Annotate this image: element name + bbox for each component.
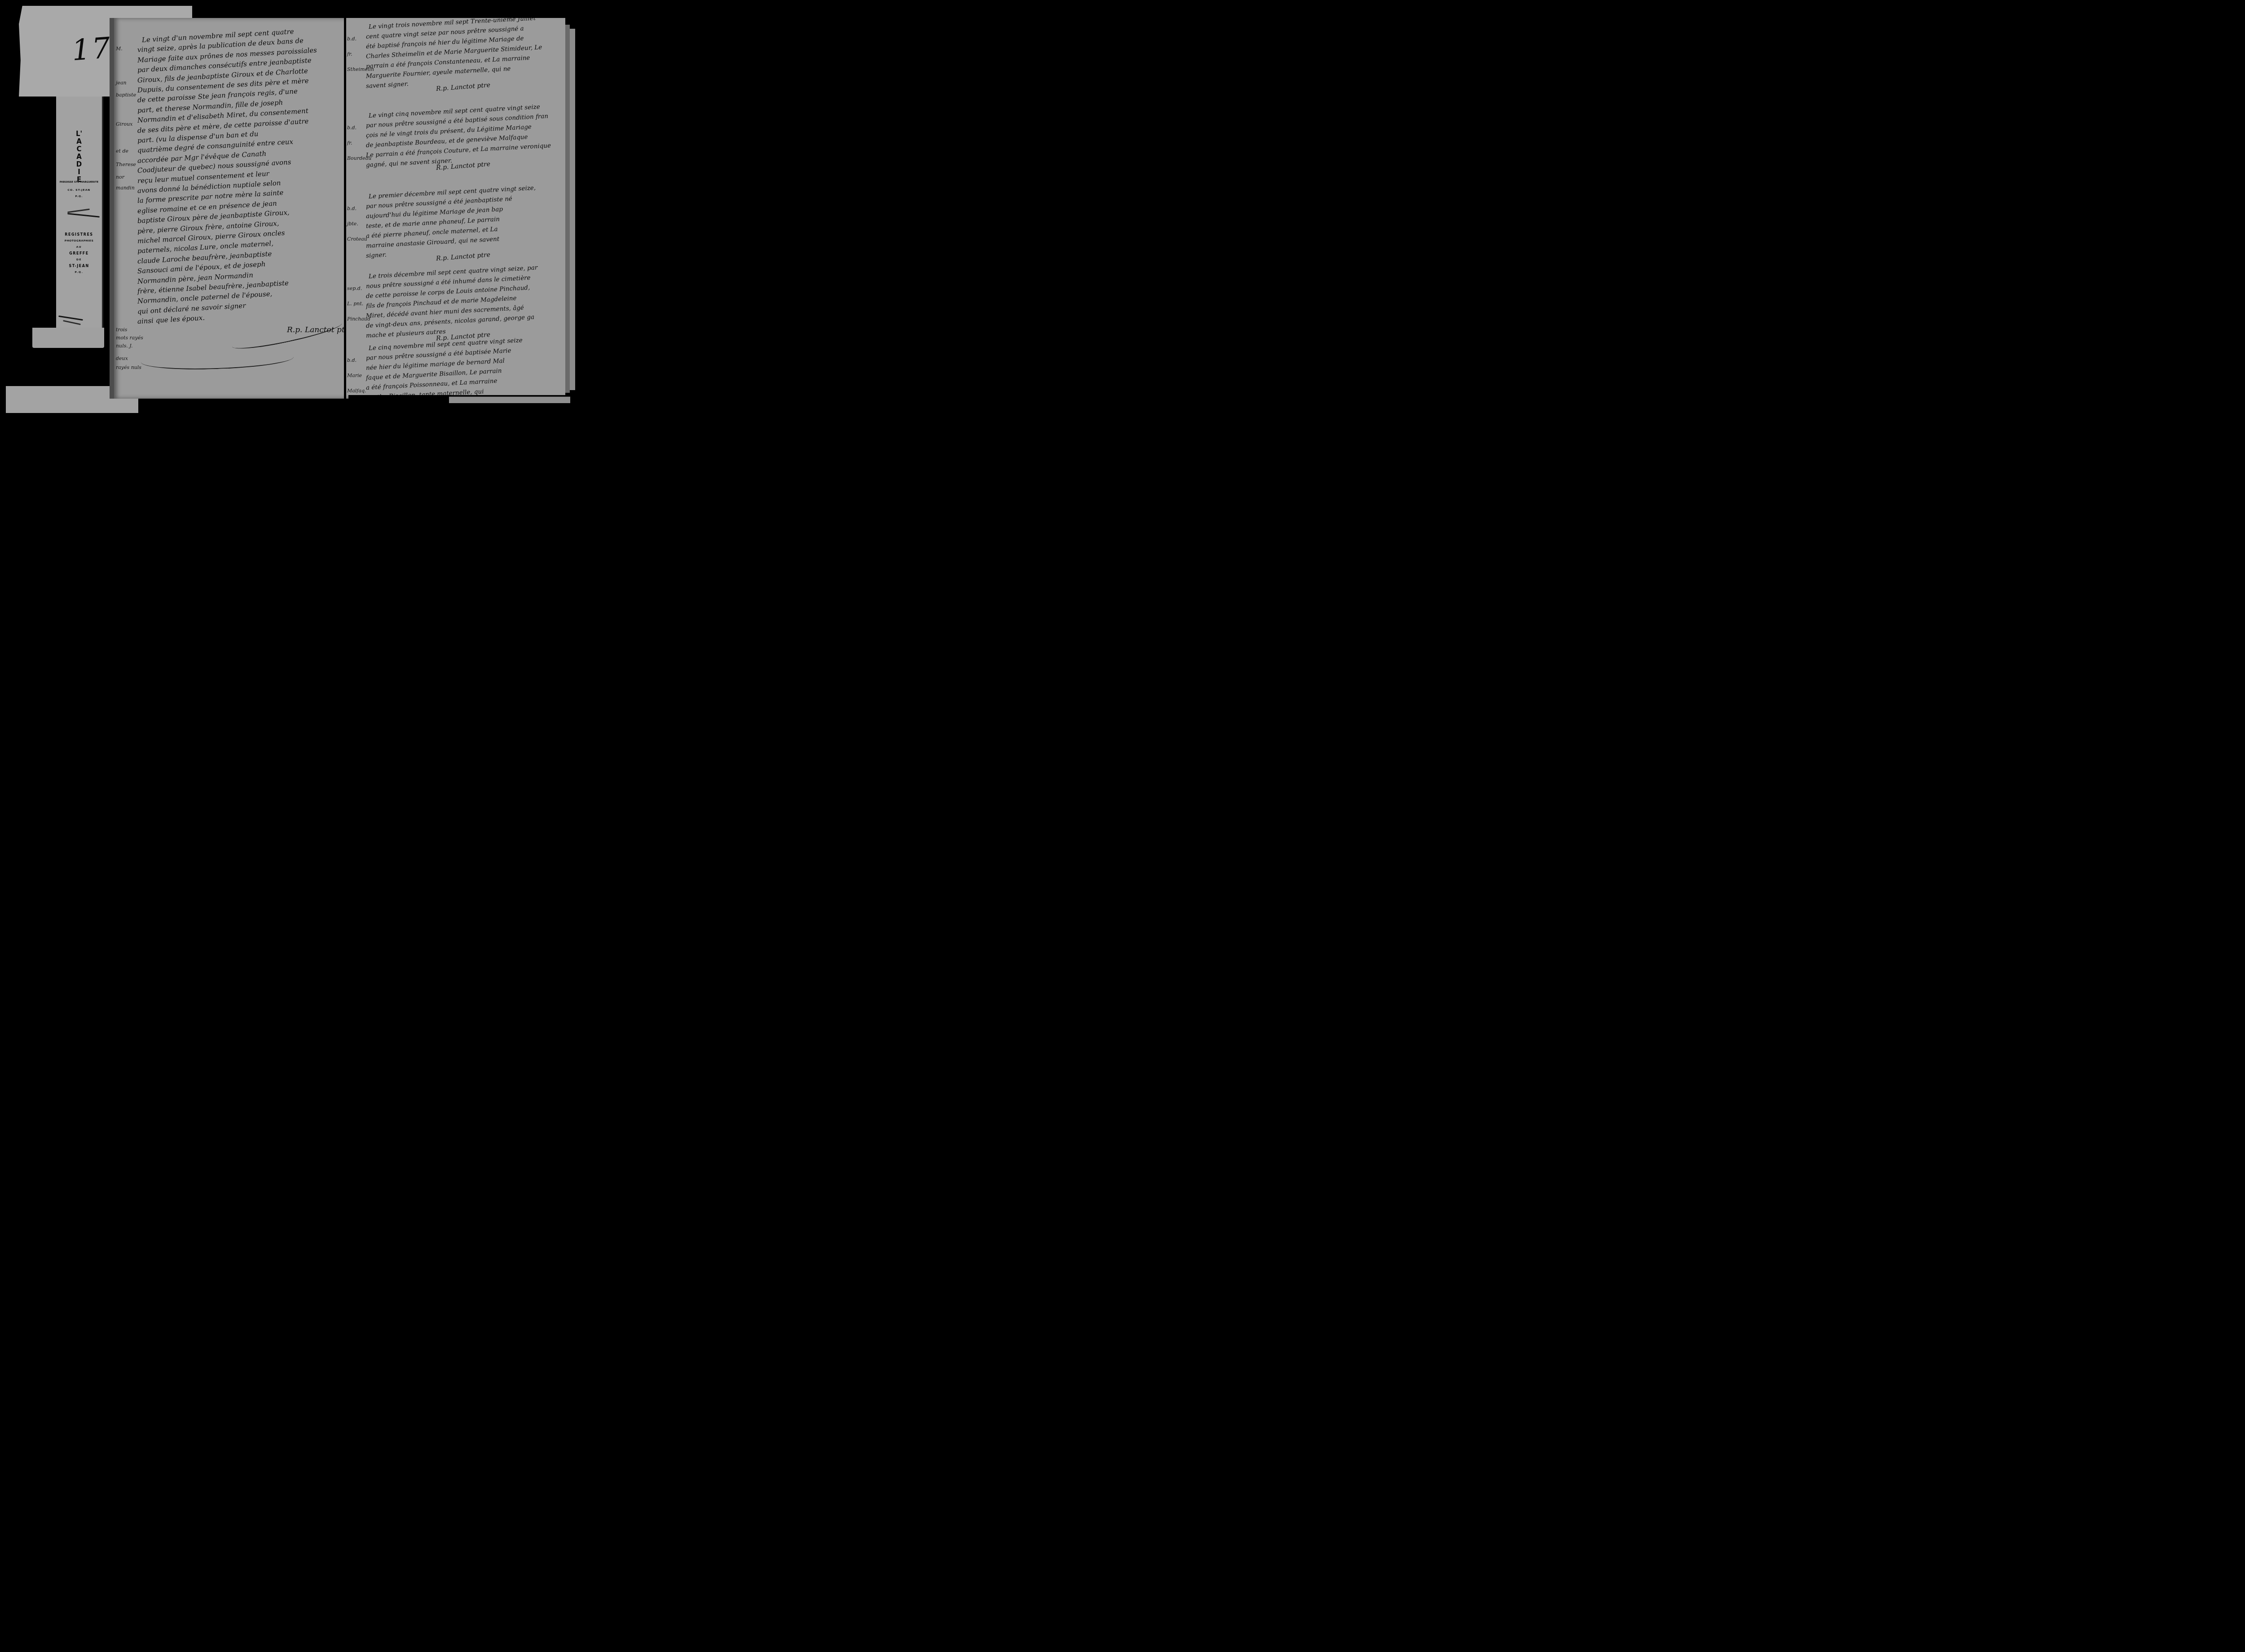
label-strip-end [32, 328, 104, 348]
margin-note: mots rayés [116, 335, 143, 341]
register-line: ainsi que les époux. [137, 314, 205, 325]
parish-letter: D [56, 161, 102, 168]
priest-signature: R.p. Lanctot ptre [436, 251, 491, 262]
margin-note: trois [116, 327, 127, 333]
parish-subtitle: PAROISSE STE-MARGUERITE [56, 181, 102, 184]
margin-note: mandin [116, 185, 135, 191]
entry-margin-note: b.d. [347, 36, 357, 42]
margin-note: M. [116, 46, 123, 52]
entry-margin-note: Marie [347, 373, 362, 378]
registry-label: REGISTRES PHOTOGRAPHIES AU GREFFE DE ST-… [56, 232, 102, 276]
margin-note: baptiste [116, 92, 136, 98]
page-edge [570, 29, 575, 390]
closing-flourish [141, 347, 294, 372]
entry-margin-note: b.d. [347, 125, 357, 131]
margin-note: Therese [116, 162, 136, 167]
entry-margin-note: fr. [347, 140, 352, 146]
entry-line: savent signer. [366, 80, 409, 90]
parish-letter: A [56, 138, 102, 145]
parish-letter: A [56, 153, 102, 161]
registry-line: DE [56, 257, 102, 263]
entry-line: mache et plusieurs autres [366, 328, 446, 339]
entry-margin-note: L. pnt. [347, 301, 363, 307]
registry-line: REGISTRES [56, 232, 102, 238]
parish-letter: I [56, 168, 102, 176]
entry-margin-note: jbte. [347, 221, 358, 227]
entry-margin-note: fr. [347, 51, 352, 57]
parish-letter: C [56, 145, 102, 153]
registry-line: GREFFE [56, 250, 102, 257]
margin-note: rayés nuls [116, 365, 141, 370]
entry-margin-note: b.d. [347, 206, 357, 211]
margin-note: et de [116, 148, 128, 154]
entry-line: signer. [366, 251, 387, 259]
page-bottom-edge [449, 396, 570, 403]
entry-margin-note: Croteau [347, 236, 367, 242]
entry-margin-note: b.d. [347, 357, 357, 363]
entry-margin-note: sep.d. [347, 286, 362, 291]
registry-line: P.Q. [56, 269, 102, 276]
margin-note: deux [116, 356, 128, 361]
parish-letter: L' [56, 130, 102, 138]
left-register-page: M.jeanbaptisteGirouxet deTheresenormandi… [110, 18, 348, 399]
margin-note: jean [116, 80, 127, 86]
signature-flourish [230, 316, 343, 353]
right-register-page: b.d.fr.StheimelinLe vingt trois novembre… [346, 18, 565, 395]
parish-name-vertical: L' A C A D I E [56, 130, 102, 184]
margin-note: nor [116, 174, 124, 180]
registry-line: ST-JEAN [56, 263, 102, 269]
page-edge [565, 25, 570, 393]
province-label: P.Q. [56, 195, 102, 198]
entry-margin-note: Malfaq. [347, 388, 366, 394]
margin-note: Giroux [116, 121, 132, 127]
margin-note: nuls. J. [116, 343, 132, 349]
priest-signature: R.p. Lanctot ptre [436, 82, 491, 92]
registry-line: AU [56, 244, 102, 250]
county-label: CO. ST-JEAN [56, 189, 102, 192]
registry-line: PHOTOGRAPHIES [56, 238, 102, 244]
